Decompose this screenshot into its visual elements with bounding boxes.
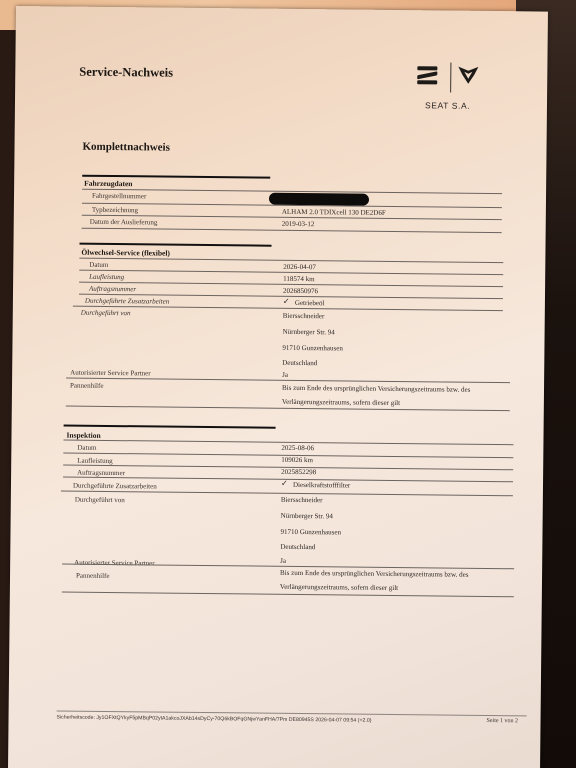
checkmark-icon: ✓: [283, 297, 290, 306]
insp-performed-label: Durchgeführt von: [75, 496, 125, 505]
insp-order-value: 2025852298: [281, 468, 316, 476]
section-divider: [64, 425, 276, 429]
checkmark-icon: ✓: [281, 479, 288, 488]
insp-breakdown-line-1: Bis zum Ende des ursprünglichen Versiche…: [280, 569, 468, 579]
brand-logo: SEAT S.A.: [415, 58, 502, 119]
oil-performed-label: Durchgeführt von: [81, 309, 131, 318]
oil-partner-value: Ja: [282, 371, 288, 379]
delivery-date-value: 2019-03-12: [282, 220, 315, 228]
insp-performed-line-2: Nürnberger Str. 94: [281, 512, 333, 521]
row-divider: [82, 228, 502, 233]
oil-order-label: Auftragsnummer: [89, 285, 136, 293]
oil-breakdown-line-2: Verlängerungszeitraums, sofern dieser gi…: [282, 398, 400, 407]
oil-order-value: 2026850976: [283, 287, 318, 295]
service-document-page: Service-Nachweis SEAT S.A. Komplettnachw…: [8, 6, 548, 768]
document-title: Service-Nachweis: [79, 65, 173, 81]
oil-mileage-label: Laufleistung: [89, 273, 124, 281]
cupra-logo-icon: [457, 65, 479, 90]
oil-performed-line-1: Biersschneider: [283, 312, 325, 320]
vehicle-section-heading: Fahrzeugdaten: [84, 179, 132, 189]
insp-extra-value: Dieselkraftstofffilter: [293, 481, 350, 490]
insp-partner-value: Ja: [280, 557, 286, 565]
document-subtitle: Komplettnachweis: [82, 141, 170, 154]
brand-name: SEAT S.A.: [425, 100, 470, 110]
insp-performed-line-1: Biersschneider: [281, 496, 323, 504]
oil-performed-line-4: Deutschland: [282, 359, 317, 367]
insp-breakdown-label: Pannenhilfe: [76, 572, 110, 580]
vin-redacted: [269, 193, 369, 206]
oil-mileage-value: 118574 km: [283, 275, 315, 283]
page-number: Seite 1 von 2: [487, 718, 519, 724]
oil-date-label: Datum: [89, 261, 108, 269]
oil-performed-line-2: Nürnberger Str. 94: [283, 328, 335, 337]
insp-breakdown-line-2: Verlängerungszeitraums, sofern dieser gi…: [280, 583, 398, 592]
section-divider: [80, 243, 272, 247]
logo-divider: [450, 63, 451, 93]
insp-mileage-value: 109026 km: [281, 456, 313, 464]
security-code: Sicherheitscode: Jy1OFXtQYkyF5pMBqP02ytA…: [57, 714, 372, 723]
seat-logo-icon: [417, 66, 437, 84]
row-divider: [73, 306, 503, 312]
oil-extra-label: Durchgeführte Zusatzarbeiten: [85, 297, 169, 306]
oil-performed-line-3: 91710 Gunzenhausen: [282, 344, 343, 353]
inspection-heading: Inspektion: [66, 431, 100, 440]
oil-service-heading: Ölwechsel-Service (flexibel): [81, 248, 170, 258]
oil-breakdown-label: Pannenhilfe: [70, 382, 104, 390]
delivery-date-label: Datum der Auslieferung: [90, 218, 158, 227]
row-divider: [66, 406, 510, 412]
insp-date-label: Datum: [77, 444, 96, 452]
oil-breakdown-line-1: Bis zum Ende des ursprünglichen Versiche…: [282, 384, 470, 394]
oil-partner-label: Autorisierter Service Partner: [70, 369, 151, 378]
type-value: ALHAM 2.0 TDIXcell 130 DE2D6F: [282, 208, 386, 217]
insp-date-value: 2025-08-06: [281, 444, 314, 452]
insp-extra-label: Durchgeführte Zusatzarbeiten: [73, 482, 157, 491]
insp-performed-line-4: Deutschland: [280, 543, 315, 551]
oil-date-value: 2026-04-07: [283, 263, 316, 271]
type-label: Typbezeichnung: [92, 206, 138, 214]
row-divider: [62, 592, 514, 598]
insp-performed-line-3: 91710 Gunzenhausen: [280, 528, 341, 537]
vin-label: Fahrgestellnummer: [92, 192, 146, 201]
oil-extra-value: Getriebeöl: [295, 299, 325, 307]
